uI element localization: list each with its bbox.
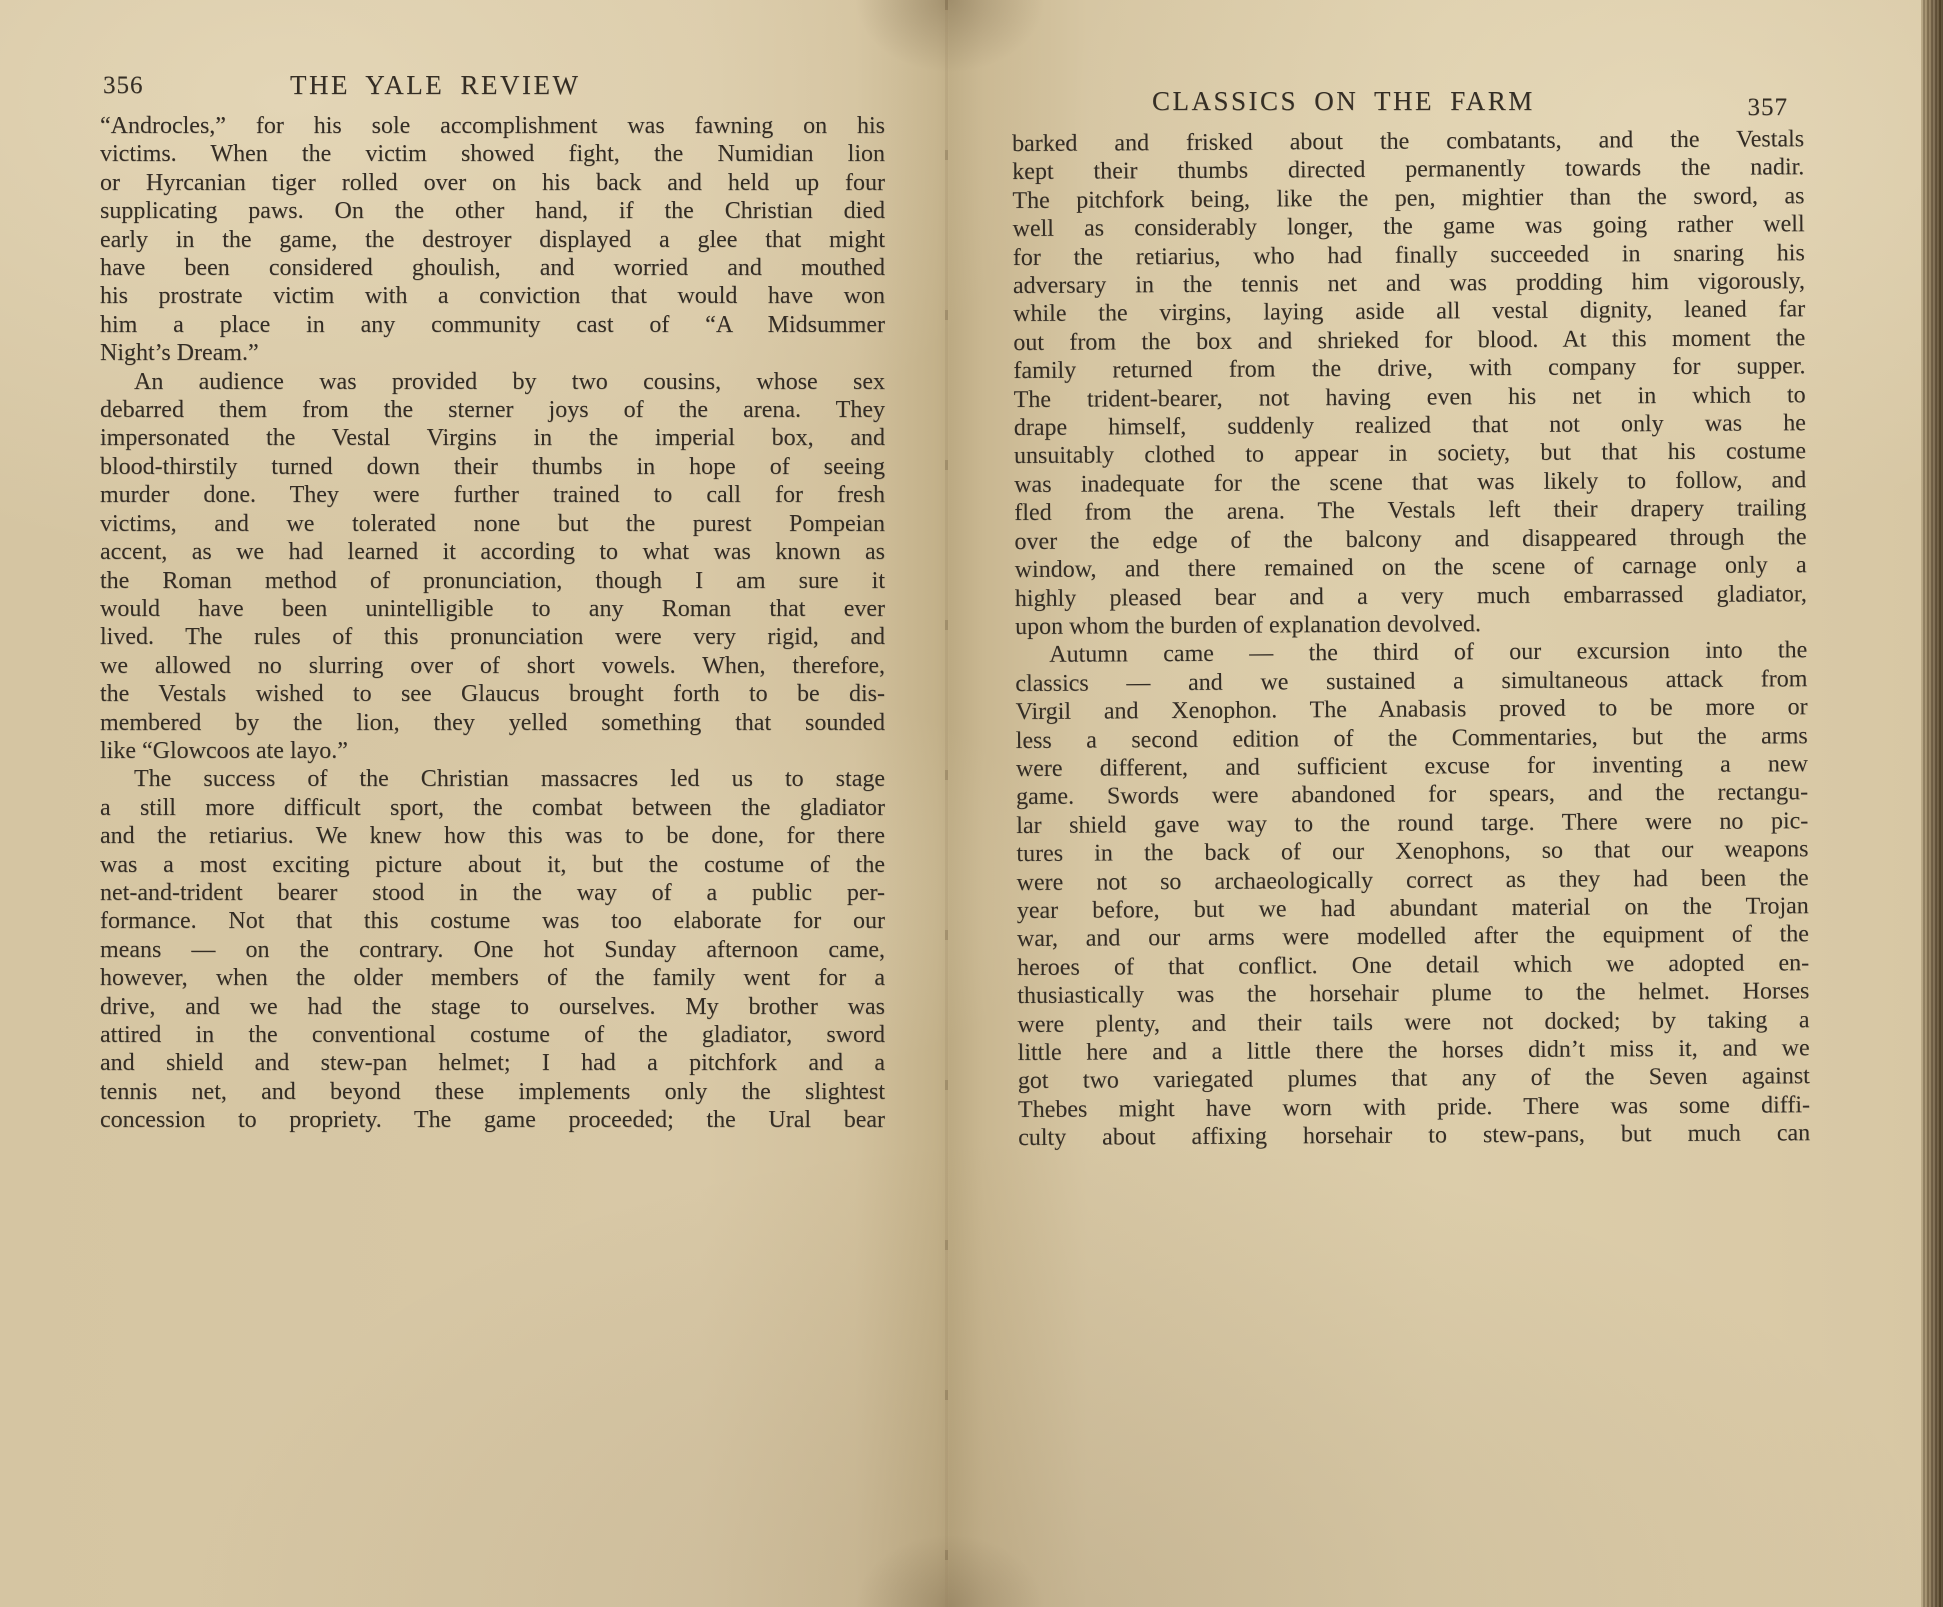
right-page-text: barked and frisked about the combatants,…: [1012, 125, 1810, 1152]
text-line: like “Glowcoos ate layo.”: [100, 737, 885, 765]
left-running-head-title: THE YALE REVIEW: [290, 70, 580, 101]
paragraph: Autumn came — the third of our excursion…: [1015, 636, 1810, 1152]
text-line: Night’s Dream.”: [100, 339, 885, 367]
text-line: means — on the contrary. One hot Sunday …: [100, 936, 885, 964]
text-line: culty about affixing horsehair to stew-p…: [1018, 1119, 1810, 1152]
text-line: supplicating paws. On the other hand, if…: [100, 197, 885, 225]
text-line: attired in the conventional costume of t…: [100, 1021, 885, 1049]
left-page-text: “Androcles,” for his sole accomplishment…: [100, 112, 885, 1135]
text-line: victims, and we tolerated none but the p…: [100, 510, 885, 538]
text-line: victims. When the victim showed fight, t…: [100, 140, 885, 168]
text-line: window, and there remained on the scene …: [1015, 551, 1807, 584]
text-line: while the virgins, laying aside all vest…: [1013, 296, 1805, 329]
text-line: his prostrate victim with a conviction t…: [100, 282, 885, 310]
text-line: war, and our arms were modelled after th…: [1017, 921, 1809, 954]
text-line: Virgil and Xenophon. The Anabasis proved…: [1015, 693, 1807, 726]
text-line: Autumn came — the third of our excursion…: [1015, 636, 1807, 669]
text-line: drive, and we had the stage to ourselves…: [100, 993, 885, 1021]
text-line: early in the game, the destroyer display…: [100, 226, 885, 254]
text-line: impersonated the Vestal Virgins in the i…: [100, 424, 885, 452]
text-line: tures in the back of our Xenophons, so t…: [1016, 835, 1808, 868]
text-line: was a most exciting picture about it, bu…: [100, 851, 885, 879]
paragraph: An audience was provided by two cousins,…: [100, 368, 885, 766]
text-line: game. Swords were abandoned for spears, …: [1016, 778, 1808, 811]
text-line: murder done. They were further trained t…: [100, 481, 885, 509]
text-line: accent, as we had learned it according t…: [100, 538, 885, 566]
text-line: tennis net, and beyond these implements …: [100, 1078, 885, 1106]
text-line: The success of the Christian massacres l…: [100, 765, 885, 793]
left-page-number: 356: [103, 72, 144, 100]
text-line: have been considered ghoulish, and worri…: [100, 254, 885, 282]
right-running-header: CLASSICS ON THE FARM 357: [1012, 84, 1804, 118]
text-line: lived. The rules of this pronunciation w…: [100, 623, 885, 651]
right-running-head-title: CLASSICS ON THE FARM: [1152, 86, 1535, 117]
text-line: highly pleased bear and a very much emba…: [1015, 580, 1807, 613]
text-line: thusiastically was the horsehair plume t…: [1017, 977, 1809, 1010]
text-line: him a place in any community cast of “A …: [100, 311, 885, 339]
text-line: blood-thirstily turned down their thumbs…: [100, 453, 885, 481]
text-line: fled from the arena. The Vestals left th…: [1014, 494, 1806, 527]
spine-fold-line: [945, 0, 948, 1607]
text-line: would have been unintelligible to any Ro…: [100, 595, 885, 623]
text-line: “Androcles,” for his sole accomplishment…: [100, 112, 885, 140]
text-line: a still more difficult sport, the combat…: [100, 794, 885, 822]
left-running-header: 356 THE YALE REVIEW: [100, 70, 885, 104]
text-line: or Hyrcanian tiger rolled over on his ba…: [100, 169, 885, 197]
text-line: debarred them from the sterner joys of t…: [100, 396, 885, 424]
text-line: concession to propriety. The game procee…: [100, 1106, 885, 1134]
text-line: and shield and stew-pan helmet; I had a …: [100, 1049, 885, 1077]
text-line: the Roman method of pronunciation, thoug…: [100, 567, 885, 595]
text-line: net-and-trident bearer stood in the way …: [100, 879, 885, 907]
text-line: and the retiarius. We knew how this was …: [100, 822, 885, 850]
paragraph: The success of the Christian massacres l…: [100, 765, 885, 1134]
text-line: however, when the older members of the f…: [100, 964, 885, 992]
paragraph: barked and frisked about the combatants,…: [1012, 125, 1807, 641]
text-line: formance. Not that this costume was too …: [100, 907, 885, 935]
text-line: the Vestals wished to see Glaucus brough…: [100, 680, 885, 708]
text-line: membered by the lion, they yelled someth…: [100, 709, 885, 737]
book-page-edges: [1921, 0, 1943, 1607]
text-line: got two variegated plumes that any of th…: [1018, 1063, 1810, 1096]
book-scan: 356 THE YALE REVIEW “Androcles,” for his…: [0, 0, 1943, 1607]
text-line: well as considerably longer, the game wa…: [1013, 210, 1805, 243]
text-line: family returned from the drive, with com…: [1013, 352, 1805, 385]
right-page-number: 357: [1748, 94, 1789, 122]
text-line: An audience was provided by two cousins,…: [100, 368, 885, 396]
text-line: we allowed no slurring over of short vow…: [100, 652, 885, 680]
text-line: kept their thumbs directed permanently t…: [1012, 154, 1804, 187]
paragraph: “Androcles,” for his sole accomplishment…: [100, 112, 885, 368]
